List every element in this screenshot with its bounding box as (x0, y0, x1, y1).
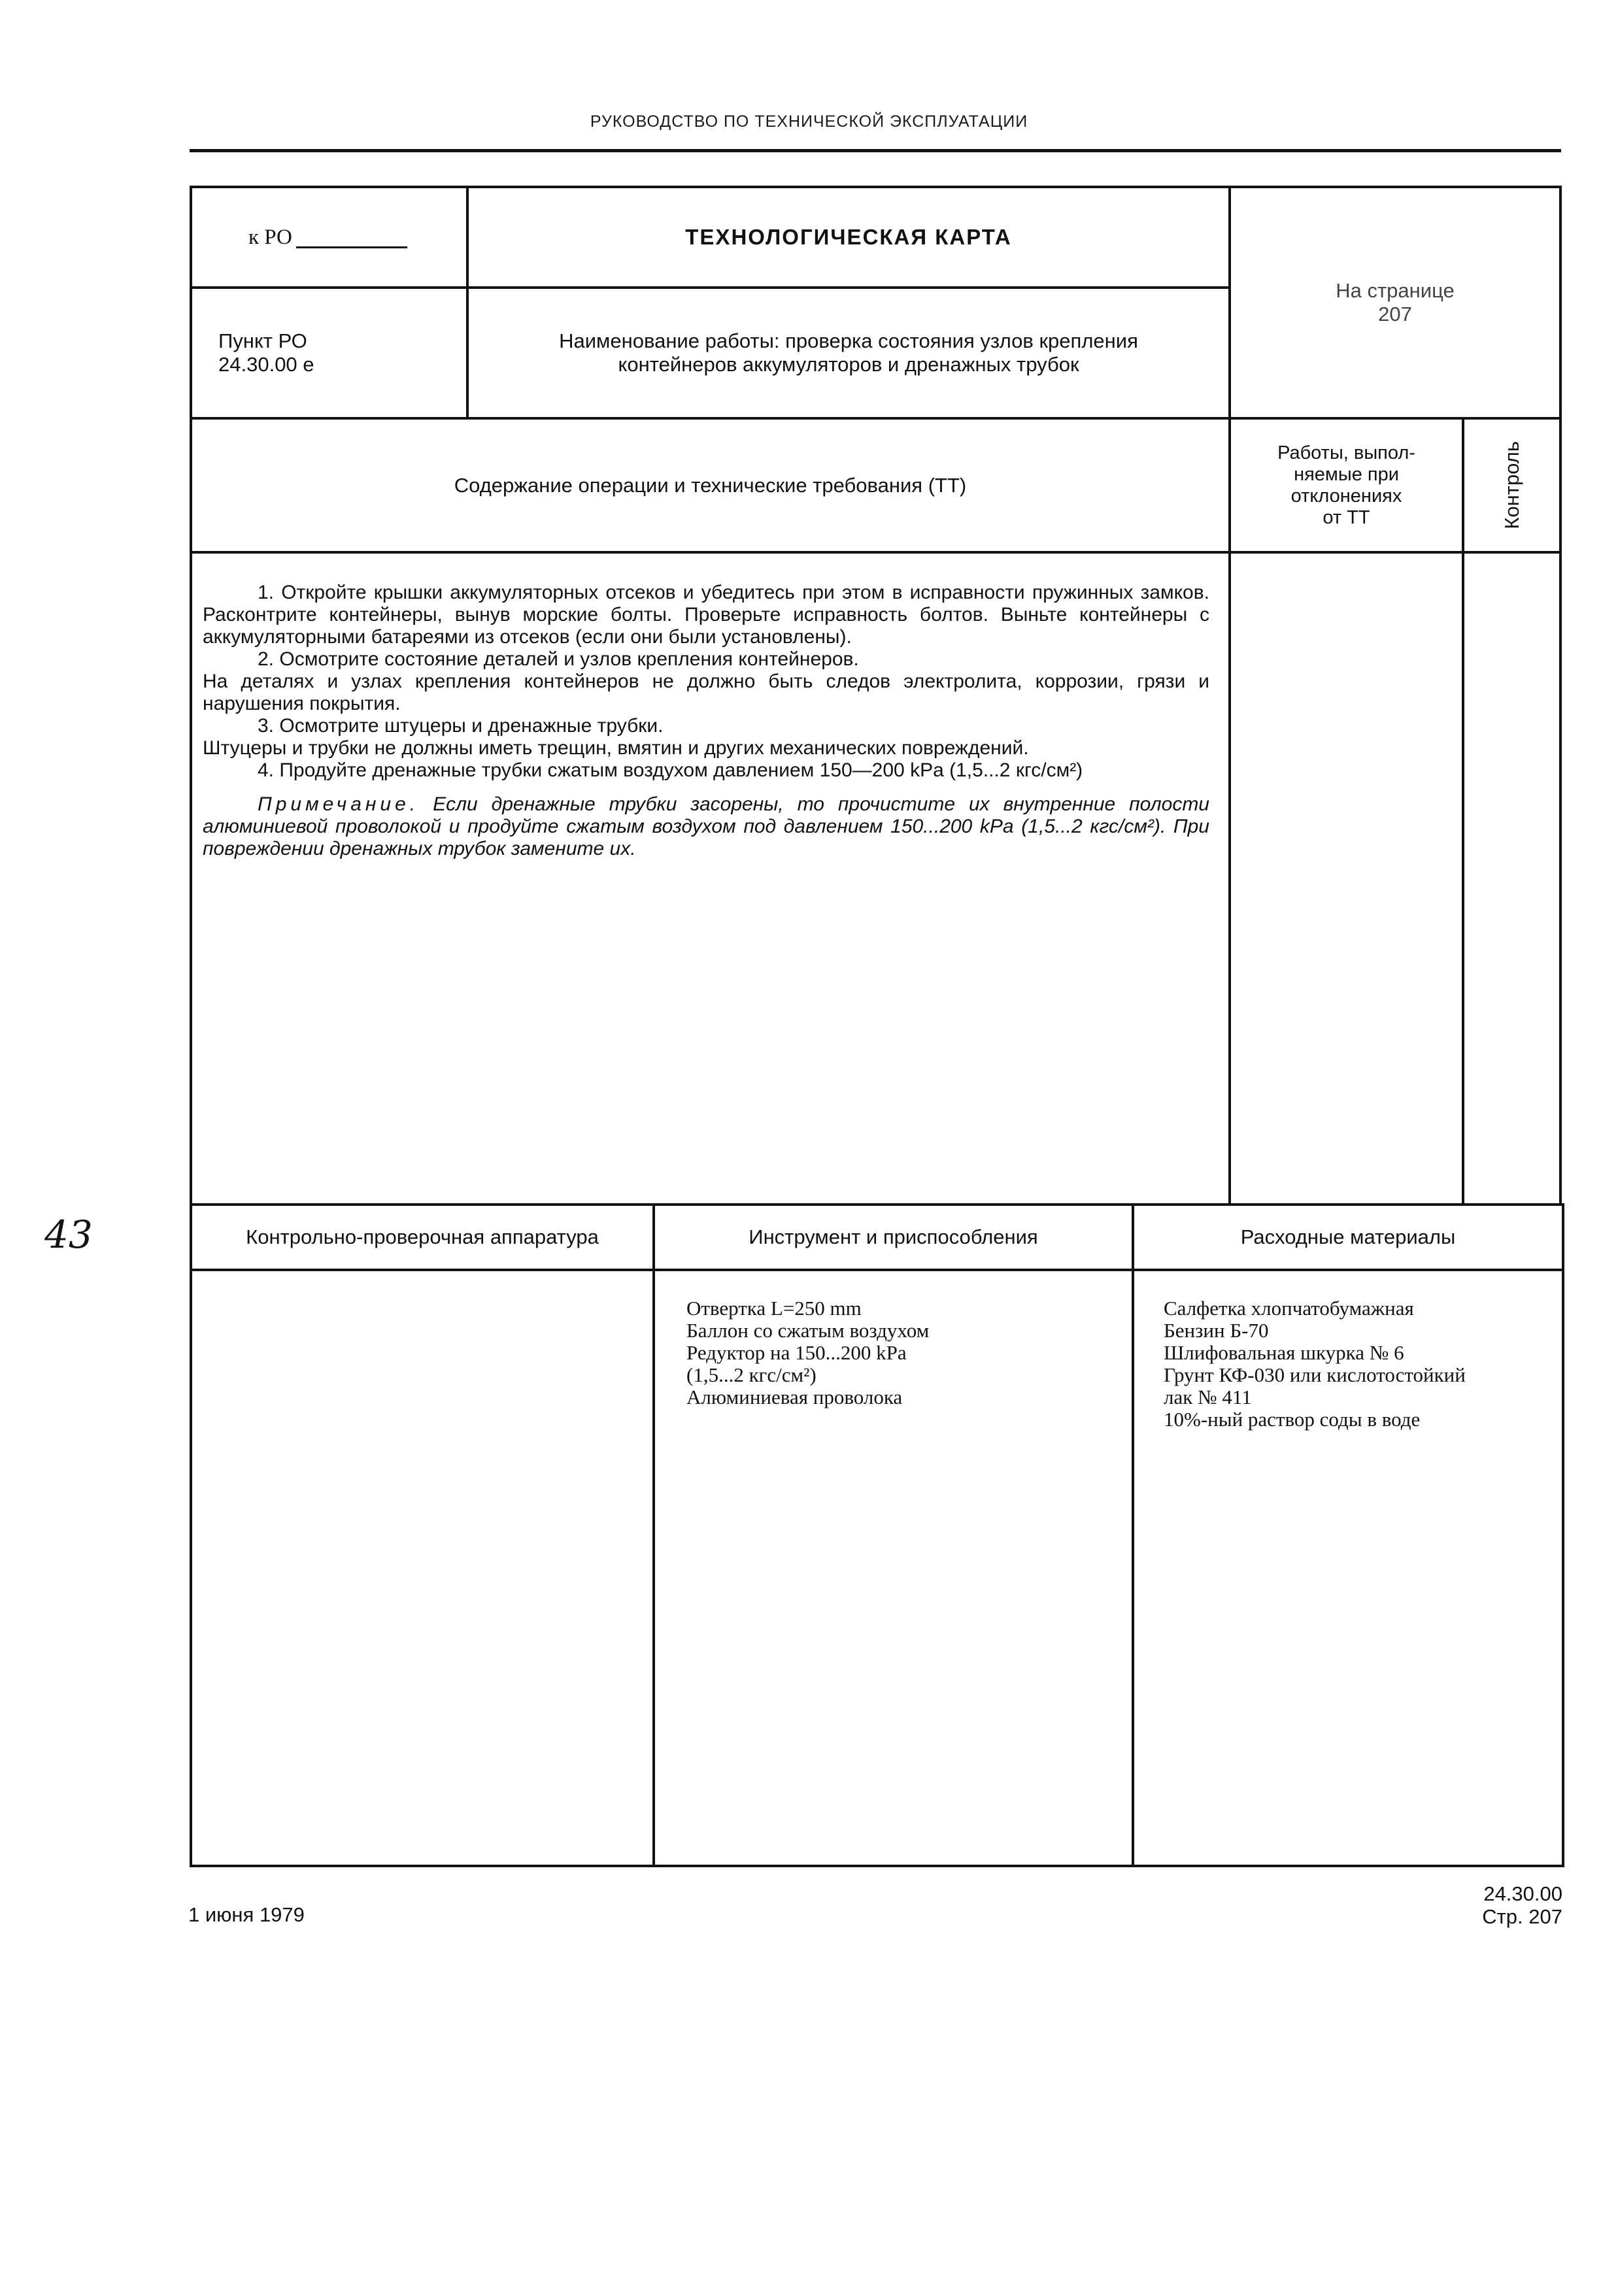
content-header-cell: Содержание операции и технические требов… (192, 420, 1228, 551)
item-label: Пункт РО (218, 329, 307, 353)
footer-date: 1 июня 1979 (188, 1903, 305, 1927)
work-name-cell: Наименование работы: проверка состояния … (469, 289, 1228, 417)
page-label: На странице (1336, 279, 1455, 303)
resources-border-bottom (190, 1865, 1564, 1867)
tools-header: Инструмент и приспособления (749, 1225, 1037, 1249)
material-item: лак № 411 (1164, 1386, 1466, 1408)
content-header: Содержание операции и технические требов… (454, 474, 966, 497)
materials-list: Салфетка хлопчатобумажная Бензин Б-70 Шл… (1164, 1297, 1466, 1431)
card-title: ТЕХНОЛОГИЧЕСКАЯ КАРТА (685, 225, 1011, 250)
item-cell: Пункт РО 24.30.00 е (192, 289, 466, 417)
equipment-header: Контрольно-проверочная аппаратура (246, 1225, 599, 1249)
tool-item: (1,5...2 кгс/см²) (686, 1364, 929, 1386)
operation-2: 2. Осмотрите состояние деталей и узлов к… (203, 648, 1209, 671)
operation-1: 1. Откройте крышки аккумуляторных отсеко… (203, 582, 1209, 648)
equipment-header-cell: Контрольно-проверочная аппаратура (192, 1206, 652, 1269)
operations-text: 1. Откройте крышки аккумуляторных отсеко… (203, 582, 1209, 860)
tools-header-cell: Инструмент и приспособления (655, 1206, 1132, 1269)
operation-3: 3. Осмотрите штуцеры и дренажные трубки. (203, 715, 1209, 737)
deviations-header-line-1: Работы, выпол- (1277, 442, 1415, 464)
tool-item: Алюминиевая проволока (686, 1386, 929, 1408)
title-cell: ТЕХНОЛОГИЧЕСКАЯ КАРТА (469, 188, 1228, 286)
ref-label: к РО (248, 225, 292, 250)
material-item: Бензин Б-70 (1164, 1320, 1466, 1342)
page-cell: На странице 207 (1231, 188, 1559, 417)
note: Примечание. Если дренажные трубки засоре… (203, 793, 1209, 860)
material-item: 10%-ный раствор соды в воде (1164, 1408, 1466, 1431)
deviations-header-line-2: няемые при (1294, 464, 1399, 486)
table-border-right (1559, 186, 1562, 1206)
deviations-header-line-3: отклонениях (1291, 486, 1402, 507)
header-rule (190, 149, 1561, 152)
tool-item: Редуктор на 150...200 kPa (686, 1342, 929, 1364)
tool-item: Баллон со сжатым воздухом (686, 1320, 929, 1342)
operation-4: 4. Продуйте дренажные трубки сжатым возд… (203, 759, 1209, 782)
control-header-cell: Контроль (1464, 420, 1559, 551)
material-item: Салфетка хлопчатобумажная (1164, 1297, 1466, 1320)
materials-header: Расходные материалы (1241, 1225, 1456, 1249)
work-name-line-1: Наименование работы: проверка состояния … (559, 329, 1138, 353)
resources-divider-2 (1132, 1203, 1134, 1867)
note-label: Примечание. (258, 793, 419, 815)
work-name-line-2: контейнеров аккумуляторов и дренажных тр… (618, 353, 1079, 376)
handwritten-page-mark: 43 (44, 1212, 93, 1257)
deviations-header-cell: Работы, выпол- няемые при отклонениях от… (1231, 420, 1462, 551)
page-number: 207 (1378, 303, 1412, 326)
control-header: Контроль (1500, 441, 1524, 529)
resources-border-right (1562, 1203, 1564, 1867)
item-number: 24.30.00 е (218, 353, 314, 376)
footer-page: Стр. 207 (1482, 1905, 1562, 1929)
running-head: РУКОВОДСТВО ПО ТЕХНИЧЕСКОЙ ЭКСПЛУАТАЦИИ (0, 112, 1618, 131)
operation-2-requirement: На деталях и узлах крепления контейнеров… (203, 671, 1209, 715)
resources-header-divider (190, 1269, 1564, 1271)
resources-divider-1 (652, 1203, 655, 1867)
materials-header-cell: Расходные материалы (1134, 1206, 1562, 1269)
ref-cell: к РО (192, 188, 466, 286)
tools-list: Отвертка L=250 mm Баллон со сжатым возду… (686, 1297, 929, 1408)
operation-3-requirement: Штуцеры и трубки не должны иметь трещин,… (203, 737, 1209, 759)
ref-blank-field (296, 227, 407, 248)
deviations-header-line-4: от ТТ (1323, 507, 1370, 529)
divider-content-row (190, 551, 1561, 554)
material-item: Шлифовальная шкурка № 6 (1164, 1342, 1466, 1364)
footer-section: 24.30.00 (1483, 1882, 1562, 1906)
material-item: Грунт КФ-030 или кислотостойкий (1164, 1364, 1466, 1386)
tool-item: Отвертка L=250 mm (686, 1297, 929, 1320)
